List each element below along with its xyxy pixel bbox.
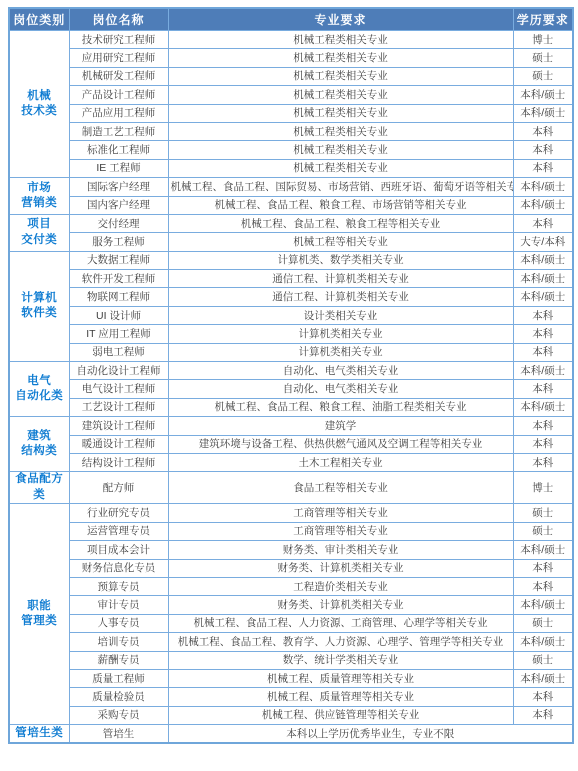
- header-row: 岗位类别 岗位名称 专业要求 学历要求: [9, 8, 573, 31]
- major-cell: 机械工程类相关专业: [168, 159, 513, 177]
- major-cell: 食品工程等相关专业: [168, 472, 513, 504]
- category-cell: 机械 技术类: [9, 31, 69, 178]
- header-degree-requirement: 学历要求: [513, 8, 573, 31]
- job-title-cell: 建筑设计工程师: [69, 417, 168, 435]
- job-title-cell: 大数据工程师: [69, 251, 168, 269]
- major-cell: 机械工程类相关专业: [168, 67, 513, 85]
- table-row: 工艺设计工程师机械工程、食品工程、粮食工程、油脂工程类相关专业本科/硕士: [9, 398, 573, 416]
- category-cell: 食品配方类: [9, 472, 69, 504]
- major-cell: 计算机类、数学类相关专业: [168, 251, 513, 269]
- major-cell: 机械工程、质量管理等相关专业: [168, 669, 513, 687]
- table-row: 财务信息化专员财务类、计算机类相关专业本科: [9, 559, 573, 577]
- job-title-cell: 管培生: [69, 725, 168, 744]
- table-row: 服务工程师机械工程等相关专业大专/本科: [9, 233, 573, 251]
- table-row: 市场 营销类国际客户经理机械工程、食品工程、国际贸易、市场营销、西班牙语、葡萄牙…: [9, 178, 573, 196]
- category-cell: 项目 交付类: [9, 214, 69, 251]
- job-title-cell: 服务工程师: [69, 233, 168, 251]
- table-row: 质量检验员机械工程、质量管理等相关专业本科: [9, 688, 573, 706]
- table-row: 审计专员财务类、计算机类相关专业本科/硕士: [9, 596, 573, 614]
- degree-cell: 本科/硕士: [513, 270, 573, 288]
- table-row: 国内客户经理机械工程、食品工程、粮食工程、市场营销等相关专业本科/硕士: [9, 196, 573, 214]
- major-cell: 工商管理等相关专业: [168, 522, 513, 540]
- major-cell: 通信工程、计算机类相关专业: [168, 288, 513, 306]
- job-title-cell: 项目成本会计: [69, 541, 168, 559]
- table-row: 薪酬专员数学、统计学类相关专业硕士: [9, 651, 573, 669]
- category-cell: 计算机 软件类: [9, 251, 69, 361]
- degree-cell: 本科: [513, 417, 573, 435]
- table-row: 物联网工程师通信工程、计算机类相关专业本科/硕士: [9, 288, 573, 306]
- job-title-cell: 交付经理: [69, 214, 168, 232]
- degree-cell: 硕士: [513, 67, 573, 85]
- major-cell: 机械工程类相关专业: [168, 49, 513, 67]
- major-cell: 机械工程、食品工程、教育学、人力资源、心理学、管理学等相关专业: [168, 633, 513, 651]
- job-title-cell: 培训专员: [69, 633, 168, 651]
- table-row: 电气设计工程师自动化、电气类相关专业本科: [9, 380, 573, 398]
- table-row: 预算专员工程造价类相关专业本科: [9, 577, 573, 595]
- job-title-cell: 质量检验员: [69, 688, 168, 706]
- category-cell: 建筑 结构类: [9, 417, 69, 472]
- major-cell: 工商管理等相关专业: [168, 504, 513, 522]
- job-title-cell: 配方师: [69, 472, 168, 504]
- degree-cell: 本科: [513, 325, 573, 343]
- degree-cell: 本科/硕士: [513, 196, 573, 214]
- job-title-cell: 制造工艺工程师: [69, 122, 168, 140]
- degree-cell: 本科/硕士: [513, 362, 573, 380]
- job-title-cell: 弱电工程师: [69, 343, 168, 361]
- table-row: IT 应用工程师计算机类相关专业本科: [9, 325, 573, 343]
- degree-cell: 本科/硕士: [513, 596, 573, 614]
- table-row: 食品配方类配方师食品工程等相关专业博士: [9, 472, 573, 504]
- table-row: 暖通设计工程师建筑环境与设备工程、供热供燃气通风及空调工程等相关专业本科: [9, 435, 573, 453]
- degree-cell: 硕士: [513, 522, 573, 540]
- table-row: 质量工程师机械工程、质量管理等相关专业本科/硕士: [9, 669, 573, 687]
- degree-cell: 本科/硕士: [513, 633, 573, 651]
- degree-cell: 本科: [513, 159, 573, 177]
- job-title-cell: 运营管理专员: [69, 522, 168, 540]
- degree-cell: 硕士: [513, 504, 573, 522]
- major-cell: 机械工程、食品工程、粮食工程、油脂工程类相关专业: [168, 398, 513, 416]
- major-cell: 财务类、计算机类相关专业: [168, 559, 513, 577]
- major-cell: 机械工程、食品工程、粮食工程、市场营销等相关专业: [168, 196, 513, 214]
- degree-cell: 本科: [513, 306, 573, 324]
- job-title-cell: 软件开发工程师: [69, 270, 168, 288]
- job-title-cell: 国际客户经理: [69, 178, 168, 196]
- degree-cell: 本科: [513, 435, 573, 453]
- table-row: 机械研发工程师机械工程类相关专业硕士: [9, 67, 573, 85]
- job-title-cell: IT 应用工程师: [69, 325, 168, 343]
- degree-cell: 本科: [513, 214, 573, 232]
- degree-cell: 本科/硕士: [513, 104, 573, 122]
- table-row: 运营管理专员工商管理等相关专业硕士: [9, 522, 573, 540]
- table-row: 项目成本会计财务类、审计类相关专业本科/硕士: [9, 541, 573, 559]
- table-row: 产品设计工程师机械工程类相关专业本科/硕士: [9, 86, 573, 104]
- job-title-cell: 电气设计工程师: [69, 380, 168, 398]
- table-row: 计算机 软件类大数据工程师计算机类、数学类相关专业本科/硕士: [9, 251, 573, 269]
- major-cell: 机械工程、质量管理等相关专业: [168, 688, 513, 706]
- job-title-cell: 预算专员: [69, 577, 168, 595]
- table-row: 应用研究工程师机械工程类相关专业硕士: [9, 49, 573, 67]
- degree-cell: 本科: [513, 706, 573, 724]
- job-title-cell: 工艺设计工程师: [69, 398, 168, 416]
- table-body: 机械 技术类技术研究工程师机械工程类相关专业博士应用研究工程师机械工程类相关专业…: [9, 31, 573, 744]
- major-cell: 机械工程类相关专业: [168, 104, 513, 122]
- major-cell: 财务类、审计类相关专业: [168, 541, 513, 559]
- major-cell: 机械工程、食品工程、粮食工程等相关专业: [168, 214, 513, 232]
- major-cell: 机械工程、食品工程、国际贸易、市场营销、西班牙语、葡萄牙语等相关专业: [168, 178, 513, 196]
- major-cell: 土木工程相关专业: [168, 453, 513, 471]
- job-title-cell: 技术研究工程师: [69, 31, 168, 49]
- header-major-requirement: 专业要求: [168, 8, 513, 31]
- major-cell: 工程造价类相关专业: [168, 577, 513, 595]
- degree-cell: 本科/硕士: [513, 669, 573, 687]
- job-title-cell: 标准化工程师: [69, 141, 168, 159]
- major-cell: 机械工程等相关专业: [168, 233, 513, 251]
- recruitment-table: 岗位类别 岗位名称 专业要求 学历要求 机械 技术类技术研究工程师机械工程类相关…: [8, 7, 574, 744]
- table-row: UI 设计师设计类相关专业本科: [9, 306, 573, 324]
- degree-cell: 本科: [513, 380, 573, 398]
- degree-cell: 本科/硕士: [513, 178, 573, 196]
- table-row: 建筑 结构类建筑设计工程师建筑学本科: [9, 417, 573, 435]
- major-cell: 机械工程类相关专业: [168, 122, 513, 140]
- major-cell: 机械工程、食品工程、人力资源、工商管理、心理学等相关专业: [168, 614, 513, 632]
- job-title-cell: 自动化设计工程师: [69, 362, 168, 380]
- table-row: 职能 管理类行业研究专员工商管理等相关专业硕士: [9, 504, 573, 522]
- category-cell: 市场 营销类: [9, 178, 69, 215]
- major-cell: 通信工程、计算机类相关专业: [168, 270, 513, 288]
- degree-cell: 本科: [513, 559, 573, 577]
- table-row: 培训专员机械工程、食品工程、教育学、人力资源、心理学、管理学等相关专业本科/硕士: [9, 633, 573, 651]
- major-cell: 自动化、电气类相关专业: [168, 362, 513, 380]
- table-row: 产品应用工程师机械工程类相关专业本科/硕士: [9, 104, 573, 122]
- job-title-cell: 采购专员: [69, 706, 168, 724]
- degree-cell: 硕士: [513, 49, 573, 67]
- category-cell: 电气 自动化类: [9, 362, 69, 417]
- job-title-cell: 暖通设计工程师: [69, 435, 168, 453]
- job-title-cell: 结构设计工程师: [69, 453, 168, 471]
- job-title-cell: 人事专员: [69, 614, 168, 632]
- table-row: 人事专员机械工程、食品工程、人力资源、工商管理、心理学等相关专业硕士: [9, 614, 573, 632]
- degree-cell: 本科: [513, 141, 573, 159]
- table-row: 项目 交付类交付经理机械工程、食品工程、粮食工程等相关专业本科: [9, 214, 573, 232]
- major-cell: 财务类、计算机类相关专业: [168, 596, 513, 614]
- job-title-cell: UI 设计师: [69, 306, 168, 324]
- category-cell: 管培生类: [9, 725, 69, 744]
- degree-cell: 本科/硕士: [513, 398, 573, 416]
- job-title-cell: 物联网工程师: [69, 288, 168, 306]
- degree-cell: 本科: [513, 453, 573, 471]
- degree-cell: 本科: [513, 577, 573, 595]
- degree-cell: 本科: [513, 688, 573, 706]
- degree-cell: 本科: [513, 122, 573, 140]
- degree-cell: 本科/硕士: [513, 251, 573, 269]
- degree-cell: 硕士: [513, 614, 573, 632]
- table-row: 采购专员机械工程、供应链管理等相关专业本科: [9, 706, 573, 724]
- header-category: 岗位类别: [9, 8, 69, 31]
- job-title-cell: IE 工程师: [69, 159, 168, 177]
- degree-cell: 博士: [513, 472, 573, 504]
- recruitment-table-wrap: 岗位类别 岗位名称 专业要求 学历要求 机械 技术类技术研究工程师机械工程类相关…: [8, 7, 572, 744]
- major-cell: 建筑环境与设备工程、供热供燃气通风及空调工程等相关专业: [168, 435, 513, 453]
- job-title-cell: 薪酬专员: [69, 651, 168, 669]
- major-cell: 本科以上学历优秀毕业生，专业不限: [168, 725, 573, 744]
- table-row: 弱电工程师计算机类相关专业本科: [9, 343, 573, 361]
- job-title-cell: 机械研发工程师: [69, 67, 168, 85]
- category-cell: 职能 管理类: [9, 504, 69, 725]
- degree-cell: 本科/硕士: [513, 288, 573, 306]
- degree-cell: 本科: [513, 343, 573, 361]
- degree-cell: 硕士: [513, 651, 573, 669]
- job-title-cell: 行业研究专员: [69, 504, 168, 522]
- table-row: 制造工艺工程师机械工程类相关专业本科: [9, 122, 573, 140]
- table-row: 结构设计工程师土木工程相关专业本科: [9, 453, 573, 471]
- job-title-cell: 审计专员: [69, 596, 168, 614]
- major-cell: 设计类相关专业: [168, 306, 513, 324]
- table-row: IE 工程师机械工程类相关专业本科: [9, 159, 573, 177]
- major-cell: 数学、统计学类相关专业: [168, 651, 513, 669]
- table-row: 电气 自动化类自动化设计工程师自动化、电气类相关专业本科/硕士: [9, 362, 573, 380]
- table-row: 机械 技术类技术研究工程师机械工程类相关专业博士: [9, 31, 573, 49]
- job-title-cell: 国内客户经理: [69, 196, 168, 214]
- table-row: 软件开发工程师通信工程、计算机类相关专业本科/硕士: [9, 270, 573, 288]
- job-title-cell: 财务信息化专员: [69, 559, 168, 577]
- major-cell: 自动化、电气类相关专业: [168, 380, 513, 398]
- major-cell: 机械工程类相关专业: [168, 141, 513, 159]
- major-cell: 计算机类相关专业: [168, 325, 513, 343]
- major-cell: 机械工程、供应链管理等相关专业: [168, 706, 513, 724]
- degree-cell: 本科/硕士: [513, 86, 573, 104]
- table-row: 标准化工程师机械工程类相关专业本科: [9, 141, 573, 159]
- degree-cell: 本科/硕士: [513, 541, 573, 559]
- job-title-cell: 应用研究工程师: [69, 49, 168, 67]
- major-cell: 计算机类相关专业: [168, 343, 513, 361]
- major-cell: 机械工程类相关专业: [168, 31, 513, 49]
- job-title-cell: 产品设计工程师: [69, 86, 168, 104]
- degree-cell: 大专/本科: [513, 233, 573, 251]
- degree-cell: 博士: [513, 31, 573, 49]
- header-job-title: 岗位名称: [69, 8, 168, 31]
- major-cell: 机械工程类相关专业: [168, 86, 513, 104]
- major-cell: 建筑学: [168, 417, 513, 435]
- job-title-cell: 产品应用工程师: [69, 104, 168, 122]
- job-title-cell: 质量工程师: [69, 669, 168, 687]
- table-row: 管培生类管培生本科以上学历优秀毕业生，专业不限: [9, 725, 573, 744]
